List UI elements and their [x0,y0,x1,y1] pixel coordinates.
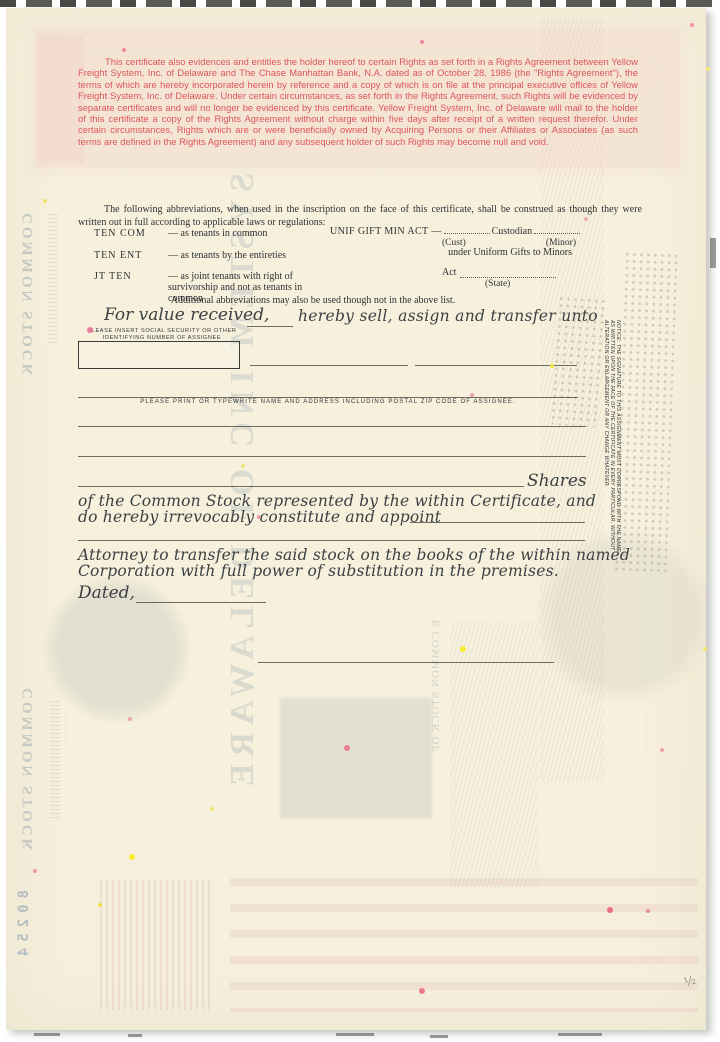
shares-word: Shares [527,471,587,491]
ghost-vignette-block [280,698,432,818]
rights-notice-text: This certificate also evidences and enti… [78,56,638,147]
shares-line [78,486,524,487]
scan-bottom-mark-4 [430,1035,448,1038]
abbr-ten-com-meaning: — as tenants in common [168,228,267,239]
assignee-line-seg1 [250,365,408,366]
perforation-dots-large [614,252,677,572]
unif-minor: (Minor) [546,238,576,248]
holder-name-line [247,326,293,327]
scan-bottom-mark-1 [34,1033,60,1036]
abbr-jt-ten: JT TEN [94,271,132,282]
dated-line [136,602,266,603]
ghost-serial-number: 80254 [16,890,32,1000]
scan-bottom-mark-2 [128,1034,142,1037]
notice-line-1: NOTICE: THE SIGNATURE TO THIS ASSIGNMENT… [615,320,621,636]
scan-right-mark [710,238,716,268]
attorney-blank-line [78,540,585,541]
abbr-ten-com: TEN COM [94,228,146,239]
ghost-microtext-lower [50,698,60,818]
unif-leader-1 [444,233,490,234]
name-address-line [78,397,578,398]
ghost-microtext-upper [48,213,58,343]
signature-line [258,662,554,663]
scan-bottom-mark-3 [336,1033,374,1036]
sell-assign-transfer: hereby sell, assign and transfer unto [298,307,598,325]
notice-line-2: AS WRITTEN UPON THE FACE OF THE CERTIFIC… [609,320,615,636]
abbr-ten-ent-meaning: — as tenants by the entireties [168,250,286,261]
unif-act: Act [442,267,456,278]
paper-flecks-yellow [550,364,554,368]
address-line-1 [78,426,586,427]
unif-custodian: Custodian [492,226,533,237]
abbr-ten-ent: TEN ENT [94,250,142,261]
attorney-line2: Corporation with full power of substitut… [78,562,559,580]
address-line-2 [78,456,586,457]
unif-gift-block: UNIF GIFT MIN ACT — Custodian (Cust) (Mi… [330,226,582,288]
unif-leader-2 [534,233,580,234]
ghost-common-stock-upper: COMMON STOCK [20,213,37,413]
ghost-common-stock-lower: COMMON STOCK [20,688,37,888]
ssn-label-line1: PLEASE INSERT SOCIAL SECURITY OR OTHER [80,328,244,334]
unif-label: UNIF GIFT MIN ACT — [330,226,442,237]
appoint-line [410,522,585,523]
scan-top-edge [0,0,712,7]
paper-flecks-pink [122,48,126,52]
common-stock-line2: do hereby irrevocably constitute and app… [78,508,441,526]
for-value-received: For value received, [104,305,269,325]
signature-notice-vertical: NOTICE: THE SIGNATURE TO THIS ASSIGNMENT… [603,320,621,636]
notice-line-3: ALTERATION OR ENLARGEMENT OR ANY CHANGE … [603,320,609,636]
scan-bottom-mark-5 [558,1033,602,1036]
unif-act-leader [460,267,556,278]
ssn-box [78,341,240,369]
certificate-paper: COMMON STOCK COMMON STOCK SYSTEM INC OF … [6,8,706,1030]
ghost-pink-band-main [230,878,698,1012]
unif-cust: (Cust) [442,238,466,248]
certificate-scan: COMMON STOCK COMMON STOCK SYSTEM INC OF … [0,0,720,1042]
unif-state: (State) [485,279,510,289]
ghost-pink-band-left [100,880,214,1010]
dated-label: Dated, [78,583,135,603]
print-caption: PLEASE PRINT OR TYPEWRITE NAME AND ADDRE… [78,399,578,405]
